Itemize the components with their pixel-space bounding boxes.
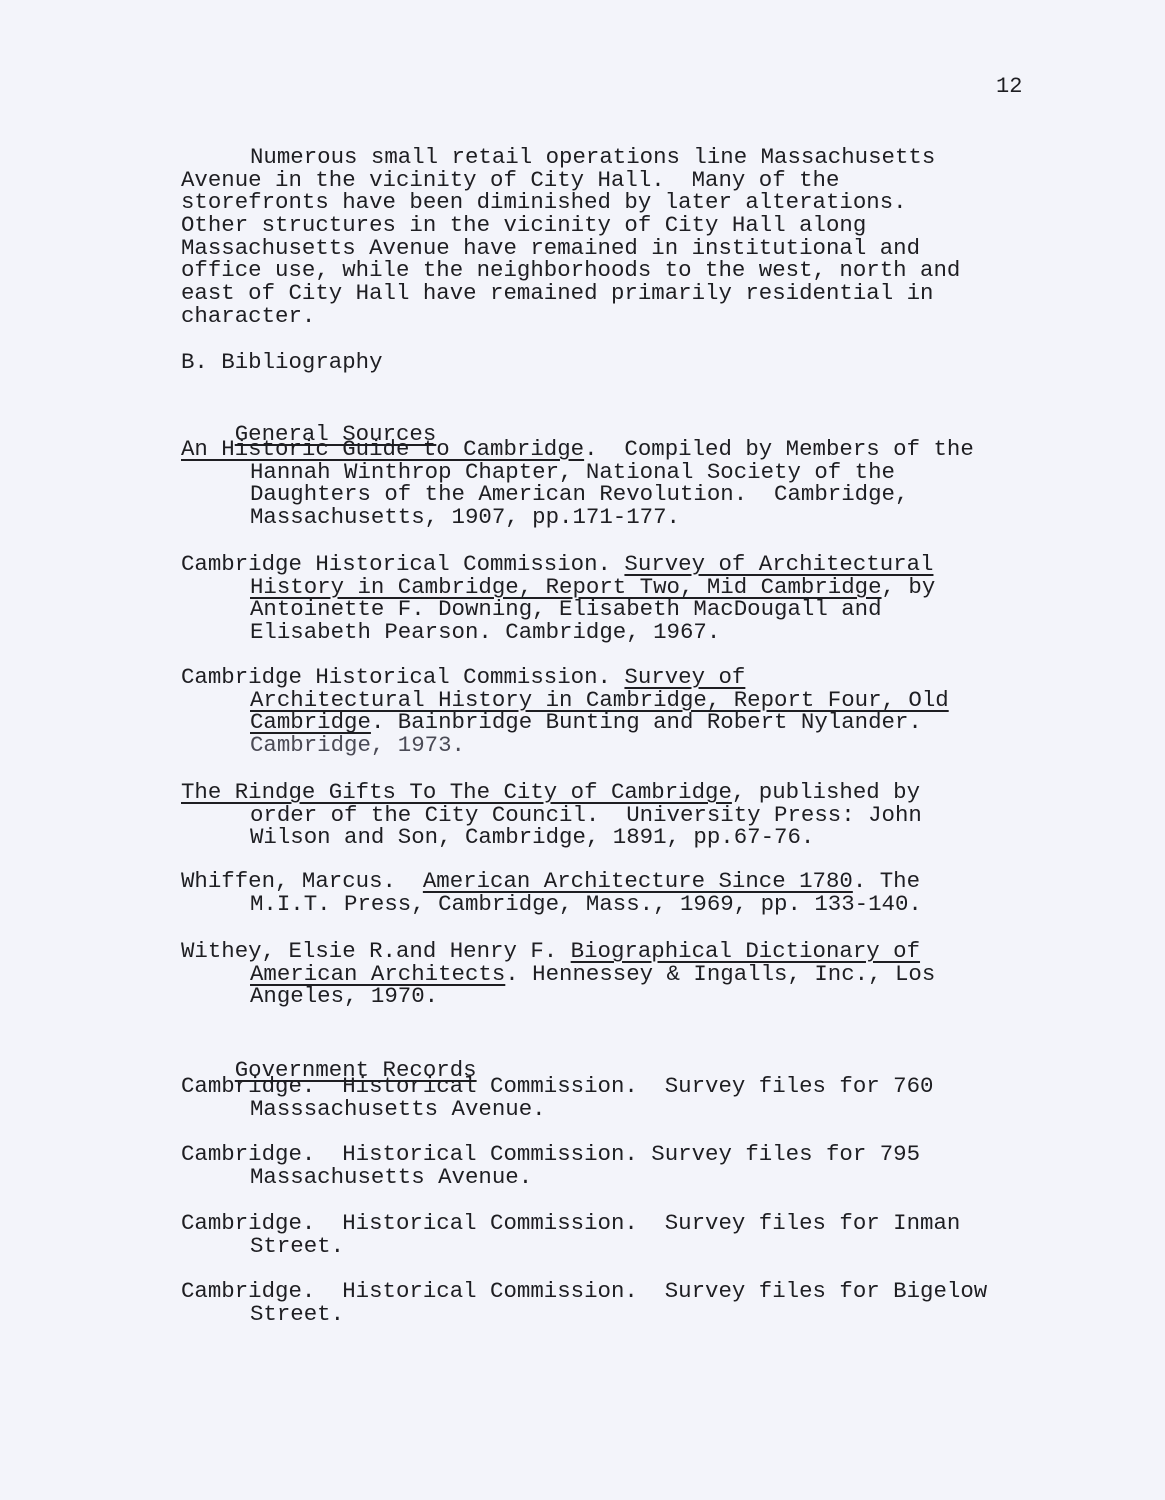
entry-line: History in Cambridge, Report Two, Mid Ca… [181,576,1021,599]
entry-line: Massachusetts, 1907, pp.171-177. [181,506,1021,529]
entry-line: The Rindge Gifts To The City of Cambridg… [181,781,1021,804]
entry-line: Cambridge. Bainbridge Bunting and Robert… [181,711,1021,734]
entry-line: order of the City Council. University Pr… [181,804,1021,827]
paragraph-line: Massachusetts Avenue have remained in in… [181,237,1021,260]
entry-line: Cambridge Historical Commission. Survey … [181,666,1021,689]
entry-line: Hannah Winthrop Chapter, National Societ… [181,461,1021,484]
government-record-entry: Cambridge. Historical Commission. Survey… [181,1212,1021,1257]
citation-text: Wilson and Son, Cambridge, 1891, pp.67-7… [250,824,814,850]
entry-line: Elisabeth Pearson. Cambridge, 1967. [181,621,1021,644]
bibliography-entry: Cambridge Historical Commission. Survey … [181,666,1021,757]
entry-line: Street. [181,1303,1021,1326]
government-record-entry: Cambridge. Historical Commission. Survey… [181,1143,1021,1188]
bibliography-entry: An Historic Guide to Cambridge. Compiled… [181,438,1021,529]
entry-line: Withey, Elsie R.and Henry F. Biographica… [181,940,1021,963]
bibliography-entry: Withey, Elsie R.and Henry F. Biographica… [181,940,1021,1008]
entry-line: Architectural History in Cambridge, Repo… [181,689,1021,712]
entry-line: M.I.T. Press, Cambridge, Mass., 1969, pp… [181,893,1021,916]
entry-line: American Architects. Hennessey & Ingalls… [181,963,1021,986]
entry-line: Daughters of the American Revolution. Ca… [181,483,1021,506]
government-record-entry: Cambridge. Historical Commission. Survey… [181,1280,1021,1325]
bibliography-entry: Cambridge Historical Commission. Survey … [181,553,1021,644]
paragraph-line: Avenue in the vicinity of City Hall. Man… [181,169,1021,192]
entry-line: Cambridge. Historical Commission. Survey… [181,1212,1021,1235]
section-heading-bibliography: B. Bibliography [181,349,383,375]
entry-line: Cambridge. Historical Commission. Survey… [181,1280,1021,1303]
entry-line: Street. [181,1235,1021,1258]
page-number: 12 [996,74,1022,99]
entry-line: Cambridge. Historical Commission. Survey… [181,1143,1021,1166]
entry-line: Masssachusetts Avenue. [181,1098,1021,1121]
paragraph-line: office use, while the neighborhoods to t… [181,259,1021,282]
citation-text: Cambridge, 1973. [250,732,465,758]
entry-line: Wilson and Son, Cambridge, 1891, pp.67-7… [181,826,1021,849]
entry-line: Cambridge. Historical Commission. Survey… [181,1075,1021,1098]
entry-line: Angeles, 1970. [181,985,1021,1008]
citation-text: . Hennessey & Ingalls, Inc., Los [505,961,935,987]
paragraph-line: character. [181,305,1021,328]
citation-text: Masssachusetts Avenue. [250,1096,546,1122]
entry-line: Whiffen, Marcus. American Architecture S… [181,870,1021,893]
citation-text: M.I.T. Press, Cambridge, Mass., 1969, pp… [250,891,922,917]
citation-text: Angeles, 1970. [250,983,438,1009]
citation-text: Massachusetts Avenue. [250,1164,532,1190]
paragraph-line: east of City Hall have remained primaril… [181,282,1021,305]
citation-text: Elisabeth Pearson. Cambridge, 1967. [250,619,720,645]
entry-line: An Historic Guide to Cambridge. Compiled… [181,438,1021,461]
citation-text: , by [882,574,936,600]
paragraph-line: storefronts have been diminished by late… [181,191,1021,214]
paragraph-line: Other structures in the vicinity of City… [181,214,1021,237]
entry-line: Cambridge, 1973. [181,734,1021,757]
citation-text: Street. [250,1301,344,1327]
entry-line: Antoinette F. Downing, Elisabeth MacDoug… [181,598,1021,621]
citation-text: Massachusetts, 1907, pp.171-177. [250,504,680,530]
government-record-entry: Cambridge. Historical Commission. Survey… [181,1075,1021,1120]
citation-text: Street. [250,1233,344,1259]
intro-paragraph: Numerous small retail operations line Ma… [181,146,1021,328]
entry-line: Massachusetts Avenue. [181,1166,1021,1189]
bibliography-entry: Whiffen, Marcus. American Architecture S… [181,870,1021,915]
paragraph-line: Numerous small retail operations line Ma… [181,146,1021,169]
entry-line: Cambridge Historical Commission. Survey … [181,553,1021,576]
bibliography-entry: The Rindge Gifts To The City of Cambridg… [181,781,1021,849]
